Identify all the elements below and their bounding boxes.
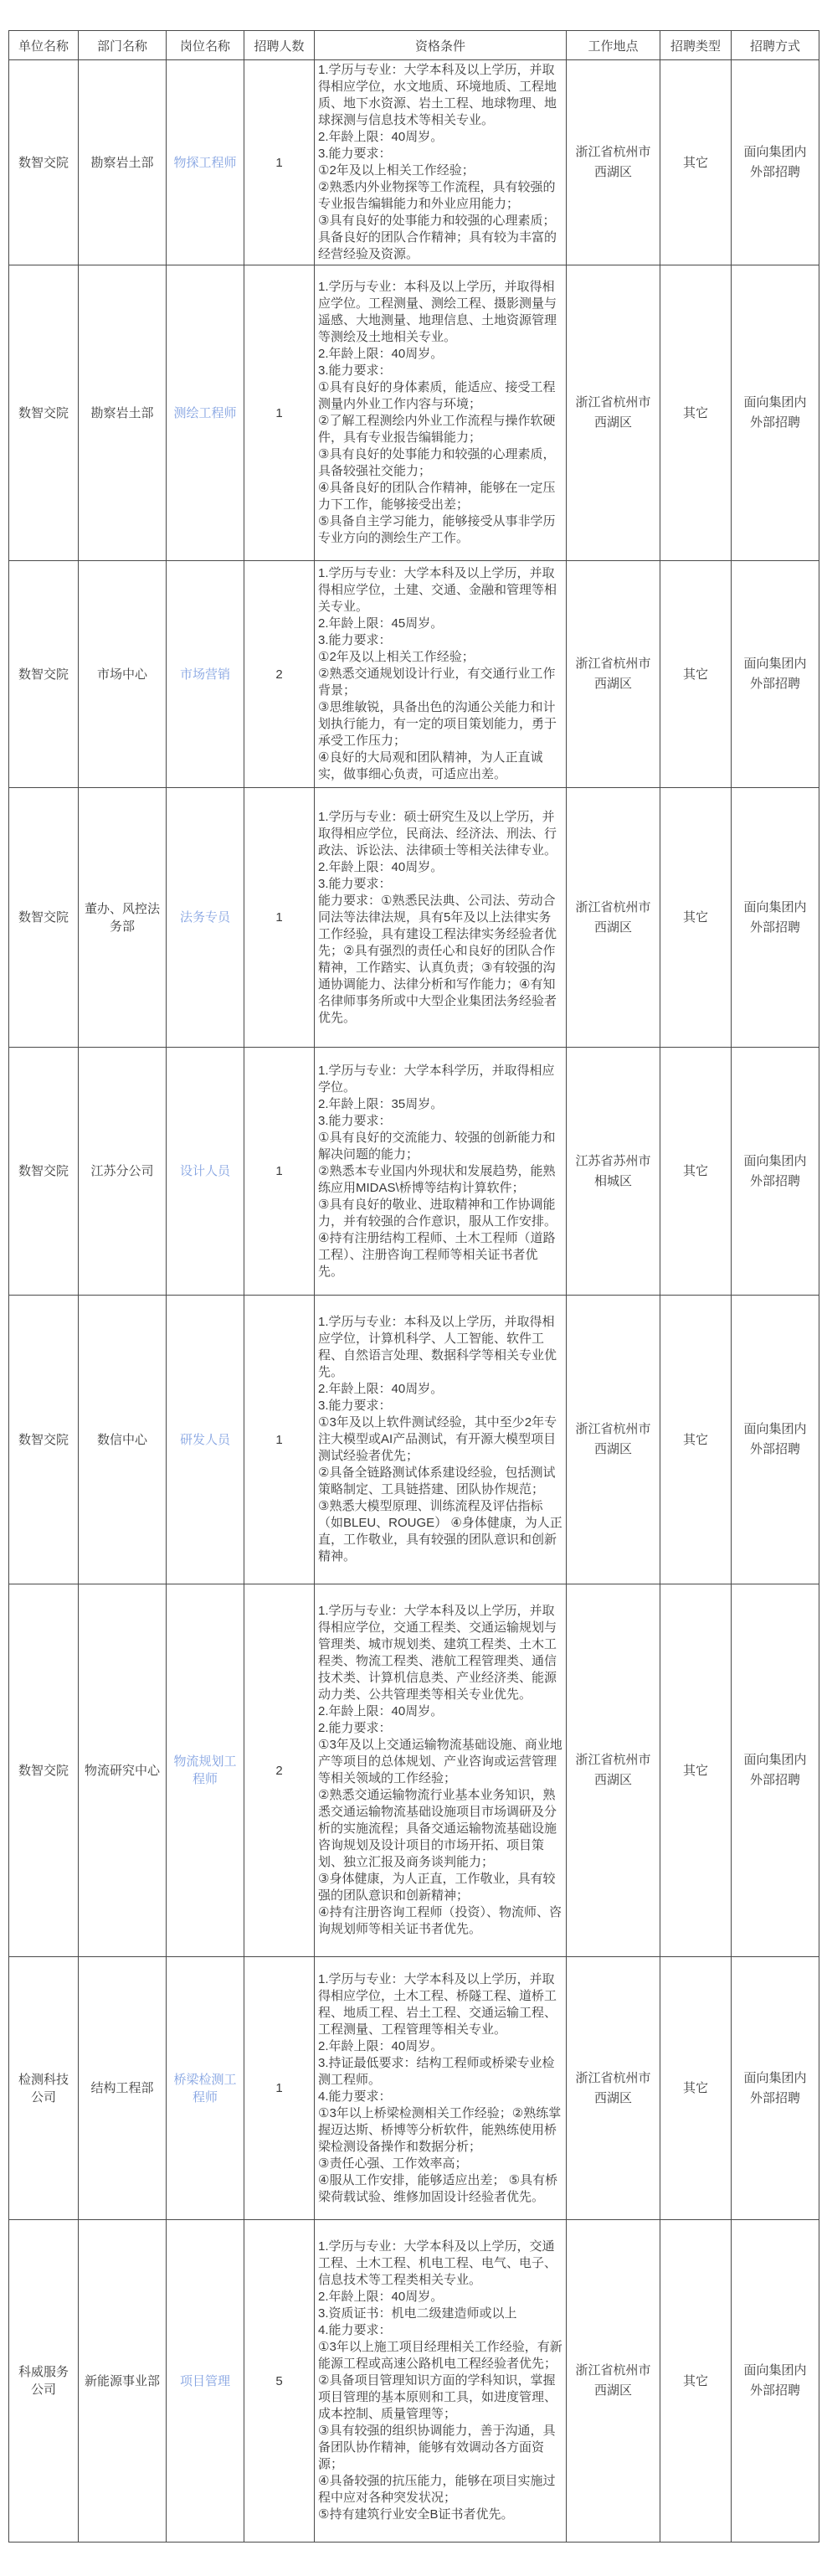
location-cell: 浙江省杭州市西湖区 [567, 60, 660, 265]
qualification-paragraph: 2.年龄上限：40周岁。 [318, 346, 562, 363]
recruit-method-cell: 面向集团内外部招聘 [732, 1048, 819, 1296]
header-recruit-method: 招聘方式 [732, 31, 819, 60]
qualification-paragraph: 2.年龄上限：40周岁。 [318, 859, 562, 876]
position-link[interactable]: 物流规划工程师 [173, 1754, 236, 1786]
header-recruit-type: 招聘类型 [660, 31, 732, 60]
qualification-paragraph: 2.年龄上限：40周岁。 [318, 1381, 562, 1398]
unit-cell: 数智交院 [9, 60, 79, 265]
qualification-paragraph: 1.学历与专业：本科及以上学历，并取得相应学位，计算机科学、人工智能、软件工程、… [318, 1314, 562, 1381]
header-position-name: 岗位名称 [167, 31, 244, 60]
qualification-paragraph: ②熟悉交通运输物流行业基本业务知识，熟悉交通运输物流基础设施项目市场调研及分析的… [318, 1787, 562, 1871]
qualification-paragraph: ②熟悉内外业物探等工作流程，具有较强的专业报告编辑能力和外业应用能力； [318, 179, 562, 213]
qualification-paragraph: 3.能力要求： [318, 632, 562, 649]
location-cell: 浙江省杭州市西湖区 [567, 2220, 660, 2543]
qualifications-cell: 1.学历与专业：大学本科及以上学历，并取得相应学位，水文地质、环境地质、工程地质… [315, 60, 567, 265]
qualifications-cell: 1.学历与专业：大学本科及以上学历，交通工程、土木工程、机电工程、电气、电子、信… [315, 2220, 567, 2543]
table-row: 数智交院数信中心研发人员11.学历与专业：本科及以上学历，并取得相应学位，计算机… [9, 1296, 819, 1584]
qualification-paragraph: 2.年龄上限：40周岁。 [318, 2038, 562, 2055]
qualification-paragraph: 2.年龄上限：40周岁。 [318, 1703, 562, 1720]
table-row: 数智交院勘察岩土部测绘工程师11.学历与专业：本科及以上学历，并取得相应学位。工… [9, 265, 819, 561]
position-link[interactable]: 测绘工程师 [173, 406, 236, 420]
table-row: 数智交院市场中心市场营销21.学历与专业：大学本科及以上学历，并取得相应学位，土… [9, 561, 819, 788]
qualification-paragraph: ③具有较强的组织协调能力，善于沟通，具备团队协作精神，能够有效调动各方面资源； [318, 2423, 562, 2473]
headcount-cell: 1 [244, 1957, 315, 2220]
qualifications-cell: 1.学历与专业：大学本科及以上学历，并取得相应学位，土建、交通、金融和管理等相关… [315, 561, 567, 788]
department-cell: 江苏分公司 [79, 1048, 167, 1296]
header-qualifications: 资格条件 [315, 31, 567, 60]
qualification-paragraph: 1.学历与专业：硕士研究生及以上学历，并取得相应学位，民商法、经济法、刑法、行政… [318, 809, 562, 859]
qualification-paragraph: ③思维敏锐，具备出色的沟通公关能力和计划执行能力，有一定的项目策划能力，勇于承受… [318, 699, 562, 750]
qualification-paragraph: 3.能力要求： [318, 876, 562, 893]
recruit-method-cell: 面向集团内外部招聘 [732, 1584, 819, 1957]
recruit-type-cell: 其它 [660, 2220, 732, 2543]
headcount-cell: 1 [244, 265, 315, 561]
recruitment-table: 单位名称 部门名称 岗位名称 招聘人数 资格条件 工作地点 招聘类型 招聘方式 … [8, 30, 819, 2543]
qualification-paragraph: 能力要求：①熟悉民法典、公司法、劳动合同法等法律法规，具有5年及以上法律实务工作… [318, 893, 562, 1027]
recruit-type-cell: 其它 [660, 1048, 732, 1296]
qualification-paragraph: ④持有注册结构工程师、土木工程师（道路工程）、注册咨询工程师等相关证书者优先。 [318, 1230, 562, 1280]
location-cell: 江苏省苏州市相城区 [567, 1048, 660, 1296]
qualification-paragraph: ①2年及以上相关工作经验； [318, 649, 562, 666]
position-cell: 市场营销 [167, 561, 244, 788]
qualification-paragraph: ④良好的大局观和团队精神，为人正直诚实，做事细心负责，可适应出差。 [318, 750, 562, 783]
qualification-paragraph: 4.能力要求： [318, 2322, 562, 2339]
recruit-method-cell: 面向集团内外部招聘 [732, 60, 819, 265]
recruit-type-cell: 其它 [660, 1296, 732, 1584]
qualification-paragraph: 1.学历与专业：本科及以上学历，并取得相应学位。工程测量、测绘工程、摄影测量与遥… [318, 279, 562, 346]
table-row: 数智交院董办、风控法务部法务专员11.学历与专业：硕士研究生及以上学历，并取得相… [9, 788, 819, 1048]
qualification-paragraph: ②具备全链路测试体系建设经验，包括测试策略制定、工具链搭建、团队协作规范； [318, 1465, 562, 1498]
qualification-paragraph: 1.学历与专业：大学本科及以上学历，并取得相应学位，交通工程类、交通运输规划与管… [318, 1603, 562, 1703]
location-cell: 浙江省杭州市西湖区 [567, 561, 660, 788]
table-row: 数智交院勘察岩土部物探工程师11.学历与专业：大学本科及以上学历，并取得相应学位… [9, 60, 819, 265]
qualification-paragraph: ②熟悉本专业国内外现状和发展趋势，能熟练应用MIDAS\桥博等结构计算软件； [318, 1163, 562, 1197]
recruit-method-cell: 面向集团内外部招聘 [732, 1296, 819, 1584]
location-cell: 浙江省杭州市西湖区 [567, 1296, 660, 1584]
qualification-paragraph: ②了解工程测绘内外业工作流程与操作软硬件，具有专业报告编辑能力； [318, 413, 562, 446]
department-cell: 勘察岩土部 [79, 60, 167, 265]
qualification-paragraph: ⑤持有建筑行业安全B证书者优先。 [318, 2506, 562, 2523]
qualification-paragraph: 3.资质证书：机电二级建造师或以上 [318, 2306, 562, 2322]
position-link[interactable]: 设计人员 [180, 1164, 230, 1178]
qualification-paragraph: ①3年及以上软件测试经验，其中至少2年专注大模型或AI产品测试，有开源大模型项目… [318, 1414, 562, 1465]
qualification-paragraph: ①2年及以上相关工作经验； [318, 162, 562, 179]
position-cell: 研发人员 [167, 1296, 244, 1584]
recruit-type-cell: 其它 [660, 788, 732, 1048]
recruit-type-cell: 其它 [660, 1584, 732, 1957]
qualification-paragraph: ②具备项目管理知识方面的学科知识，掌握项目管理的基本原则和工具，如进度管理、成本… [318, 2372, 562, 2423]
position-link[interactable]: 法务专员 [180, 910, 230, 925]
headcount-cell: 1 [244, 1048, 315, 1296]
qualification-paragraph: 1.学历与专业：大学本科及以上学历，并取得相应学位，土建、交通、金融和管理等相关… [318, 565, 562, 616]
unit-cell: 数智交院 [9, 788, 79, 1048]
headcount-cell: 1 [244, 1296, 315, 1584]
qualification-paragraph: ③身体健康，为人正直，工作敬业，具有较强的团队意识和创新精神； [318, 1871, 562, 1904]
unit-cell: 数智交院 [9, 265, 79, 561]
qualification-paragraph: 2.年龄上限：40周岁。 [318, 2289, 562, 2306]
qualification-paragraph: 4.能力要求： [318, 2089, 562, 2105]
location-cell: 浙江省杭州市西湖区 [567, 1584, 660, 1957]
qualification-paragraph: ①3年及以上交通运输物流基础设施、商业地产等项目的总体规划、产业咨询或运营管理等… [318, 1737, 562, 1787]
qualification-paragraph: 3.能力要求： [318, 1398, 562, 1414]
qualifications-cell: 1.学历与专业：本科及以上学历，并取得相应学位，计算机科学、人工智能、软件工程、… [315, 1296, 567, 1584]
headcount-cell: 5 [244, 2220, 315, 2543]
qualifications-cell: 1.学历与专业：硕士研究生及以上学历，并取得相应学位，民商法、经济法、刑法、行政… [315, 788, 567, 1048]
table-row: 科威服务公司新能源事业部项目管理51.学历与专业：大学本科及以上学历，交通工程、… [9, 2220, 819, 2543]
qualification-paragraph: 1.学历与专业：大学本科及以上学历，交通工程、土木工程、机电工程、电气、电子、信… [318, 2239, 562, 2289]
position-link[interactable]: 桥梁检测工程师 [173, 2073, 236, 2105]
qualification-paragraph: ①具有良好的交流能力、较强的创新能力和解决问题的能力； [318, 1130, 562, 1163]
header-unit-name: 单位名称 [9, 31, 79, 60]
qualification-paragraph: 2.年龄上限：45周岁。 [318, 616, 562, 632]
department-cell: 物流研究中心 [79, 1584, 167, 1957]
qualification-paragraph: 2.年龄上限：40周岁。 [318, 129, 562, 146]
qualification-paragraph: 3.能力要求： [318, 1113, 562, 1130]
recruit-method-cell: 面向集团内外部招聘 [732, 1957, 819, 2220]
qualification-paragraph: ④持有注册咨询工程师（投资）、物流师、咨询规划师等相关证书者优先。 [318, 1904, 562, 1938]
table-row: 数智交院物流研究中心物流规划工程师21.学历与专业：大学本科及以上学历，并取得相… [9, 1584, 819, 1957]
unit-cell: 科威服务公司 [9, 2220, 79, 2543]
header-row: 单位名称 部门名称 岗位名称 招聘人数 资格条件 工作地点 招聘类型 招聘方式 [9, 31, 819, 60]
qualification-paragraph: ①具有良好的身体素质，能适应、接受工程测量内外业工作内容与环境； [318, 379, 562, 413]
qualification-paragraph: ③具有良好的处事能力和较强的心理素质，具备较强社交能力； [318, 446, 562, 480]
qualification-paragraph: ①3年以上桥梁检测相关工作经验；②熟练掌握迈达斯、桥博等分析软件，能熟练使用桥梁… [318, 2105, 562, 2156]
unit-cell: 数智交院 [9, 1584, 79, 1957]
recruit-type-cell: 其它 [660, 561, 732, 788]
recruit-method-cell: 面向集团内外部招聘 [732, 2220, 819, 2543]
qualification-paragraph: 3.能力要求： [318, 146, 562, 162]
location-cell: 浙江省杭州市西湖区 [567, 1957, 660, 2220]
department-cell: 结构工程部 [79, 1957, 167, 2220]
qualification-paragraph: ③具有良好的处事能力和较强的心理素质；具备良好的团队合作精神；具有较为丰富的经营… [318, 213, 562, 263]
headcount-cell: 2 [244, 561, 315, 788]
department-cell: 董办、风控法务部 [79, 788, 167, 1048]
unit-cell: 检测科技公司 [9, 1957, 79, 2220]
position-link[interactable]: 项目管理 [180, 2374, 230, 2388]
header-headcount: 招聘人数 [244, 31, 315, 60]
recruit-type-cell: 其它 [660, 1957, 732, 2220]
unit-cell: 数智交院 [9, 561, 79, 788]
qualifications-cell: 1.学历与专业：大学本科及以上学历，并取得相应学位，交通工程类、交通运输规划与管… [315, 1584, 567, 1957]
location-cell: 浙江省杭州市西湖区 [567, 265, 660, 561]
location-cell: 浙江省杭州市西湖区 [567, 788, 660, 1048]
position-cell: 物探工程师 [167, 60, 244, 265]
position-cell: 法务专员 [167, 788, 244, 1048]
position-link[interactable]: 研发人员 [180, 1433, 230, 1447]
header-department-name: 部门名称 [79, 31, 167, 60]
table-row: 数智交院江苏分公司设计人员11.学历与专业：大学本科学历，并取得相应学位。2.年… [9, 1048, 819, 1296]
unit-cell: 数智交院 [9, 1048, 79, 1296]
recruit-type-cell: 其它 [660, 265, 732, 561]
position-cell: 桥梁检测工程师 [167, 1957, 244, 2220]
recruit-type-cell: 其它 [660, 60, 732, 265]
recruit-method-cell: 面向集团内外部招聘 [732, 561, 819, 788]
qualification-paragraph: ②熟悉交通规划设计行业，有交通行业工作背景； [318, 666, 562, 699]
position-cell: 测绘工程师 [167, 265, 244, 561]
qualification-paragraph: ③责任心强、工作效率高； [318, 2156, 562, 2172]
qualification-paragraph: 2.能力要求： [318, 1720, 562, 1737]
qualification-paragraph: 1.学历与专业：大学本科及以上学历，并取得相应学位，水文地质、环境地质、工程地质… [318, 62, 562, 129]
qualifications-cell: 1.学历与专业：大学本科学历，并取得相应学位。2.年龄上限：35周岁。3.能力要… [315, 1048, 567, 1296]
qualification-paragraph: ④具备良好的团队合作精神，能够在一定压力下工作，能够接受出差； [318, 480, 562, 513]
qualification-paragraph: ④服从工作安排，能够适应出差； ⑤具有桥梁荷载试验、维修加固设计经验者优先。 [318, 2172, 562, 2206]
position-link[interactable]: 市场营销 [180, 667, 230, 682]
department-cell: 市场中心 [79, 561, 167, 788]
header-location: 工作地点 [567, 31, 660, 60]
unit-cell: 数智交院 [9, 1296, 79, 1584]
qualification-paragraph: 1.学历与专业：大学本科及以上学历，并取得相应学位，土木工程、桥隧工程、道桥工程… [318, 1971, 562, 2038]
qualification-paragraph: ④具备较强的抗压能力，能够在项目实施过程中应对各种突发状况； [318, 2473, 562, 2506]
position-link[interactable]: 物探工程师 [173, 156, 236, 170]
qualification-paragraph: ⑤具备自主学习能力，能够接受从事非学历专业方向的测绘生产工作。 [318, 513, 562, 547]
table-row: 检测科技公司结构工程部桥梁检测工程师11.学历与专业：大学本科及以上学历，并取得… [9, 1957, 819, 2220]
position-cell: 项目管理 [167, 2220, 244, 2543]
qualification-paragraph: ③熟悉大模型原理、训练流程及评估指标（如BLEU、ROUGE） ④身体健康，为人… [318, 1498, 562, 1565]
headcount-cell: 1 [244, 788, 315, 1048]
qualification-paragraph: 3.持证最低要求：结构工程师或桥梁专业检测工程师。 [318, 2055, 562, 2089]
qualification-paragraph: 3.能力要求： [318, 363, 562, 379]
recruit-method-cell: 面向集团内外部招聘 [732, 265, 819, 561]
qualification-paragraph: ①3年以上施工项目经理相关工作经验，有新能源工程或高速公路机电工程经验者优先； [318, 2339, 562, 2372]
recruit-method-cell: 面向集团内外部招聘 [732, 788, 819, 1048]
position-cell: 物流规划工程师 [167, 1584, 244, 1957]
headcount-cell: 2 [244, 1584, 315, 1957]
department-cell: 数信中心 [79, 1296, 167, 1584]
qualifications-cell: 1.学历与专业：本科及以上学历，并取得相应学位。工程测量、测绘工程、摄影测量与遥… [315, 265, 567, 561]
position-cell: 设计人员 [167, 1048, 244, 1296]
headcount-cell: 1 [244, 60, 315, 265]
department-cell: 新能源事业部 [79, 2220, 167, 2543]
qualification-paragraph: 1.学历与专业：大学本科学历，并取得相应学位。 [318, 1063, 562, 1096]
qualification-paragraph: ③具有良好的敬业、进取精神和工作协调能力，并有较强的合作意识，服从工作安排。 [318, 1197, 562, 1230]
recruitment-table-page: 单位名称 部门名称 岗位名称 招聘人数 资格条件 工作地点 招聘类型 招聘方式 … [0, 0, 827, 2576]
department-cell: 勘察岩土部 [79, 265, 167, 561]
qualifications-cell: 1.学历与专业：大学本科及以上学历，并取得相应学位，土木工程、桥隧工程、道桥工程… [315, 1957, 567, 2220]
qualification-paragraph: 2.年龄上限：35周岁。 [318, 1096, 562, 1113]
